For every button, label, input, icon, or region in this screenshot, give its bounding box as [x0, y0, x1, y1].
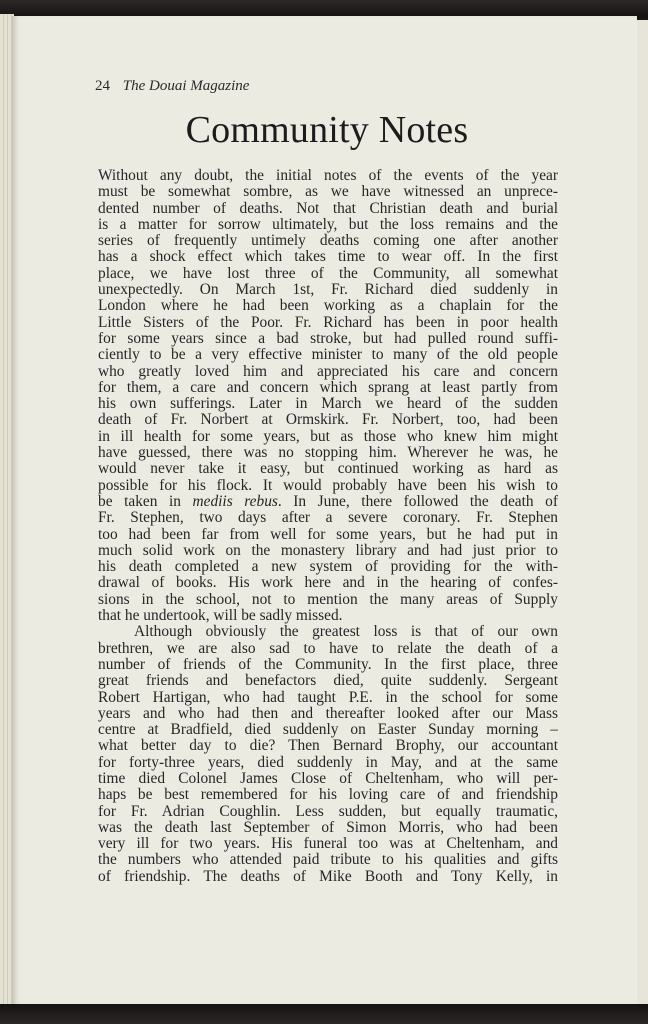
text-line: was the death last September of Simon Mo… — [98, 820, 558, 836]
text-line: of friendship. The deaths of Mike Booth … — [98, 869, 558, 885]
text-line: Without any doubt, the initial notes of … — [98, 168, 558, 184]
text-line: Little Sisters of the Poor. Fr. Richard … — [98, 315, 558, 331]
text-line-paragraph-end: that he undertook, will be sadly missed. — [98, 608, 558, 624]
text-line: ciently to be a very effective minister … — [98, 347, 558, 363]
text-line: for them, a care and concern which spran… — [98, 380, 558, 396]
text-line: the numbers who attended paid tribute to… — [98, 852, 558, 868]
text-segment: be taken in — [98, 493, 181, 510]
text-line: haps be best remembered for his loving c… — [98, 787, 558, 803]
text-line: what better day to die? Then Bernard Bro… — [98, 738, 558, 754]
text-line: possible for his flock. It would probabl… — [98, 478, 558, 494]
publication-title: The Douai Magazine — [123, 78, 250, 94]
running-head: 24 The Douai Magazine — [95, 78, 249, 95]
text-line: series of frequently untimely deaths com… — [98, 233, 558, 249]
text-line: too had been far from well for some year… — [98, 527, 558, 543]
text-line: place, we have lost three of the Communi… — [98, 266, 558, 282]
text-segment: . In June, there followed the death of — [278, 493, 558, 510]
text-line: number of friends of the Community. In t… — [98, 657, 558, 673]
text-line: time died Colonel James Close of Chelten… — [98, 771, 558, 787]
text-line: unexpectedly. On March 1st, Fr. Richard … — [98, 282, 558, 298]
text-line: brethren, we are also sad to have to rel… — [98, 641, 558, 657]
text-line: for some years since a bad stroke, but h… — [98, 331, 558, 347]
text-line: has a shock effect which takes time to w… — [98, 249, 558, 265]
text-line: who greatly loved him and appreciated hi… — [98, 364, 558, 380]
text-line: for Fr. Adrian Coughlin. Less sudden, bu… — [98, 804, 558, 820]
text-line-paragraph-start: Although obviously the greatest loss is … — [98, 624, 558, 640]
text-line: dented number of deaths. Not that Christ… — [98, 201, 558, 217]
text-line: must be somewhat sombre, as we have witn… — [98, 184, 558, 200]
article-body: Without any doubt, the initial notes of … — [98, 168, 558, 885]
text-line: Robert Hartigan, who had taught P.E. in … — [98, 690, 558, 706]
text-line: sions in the school, not to mention the … — [98, 592, 558, 608]
text-line: great friends and benefactors died, quit… — [98, 673, 558, 689]
text-line: Fr. Stephen, two days after a severe cor… — [98, 510, 558, 526]
text-line: would never take it easy, but continued … — [98, 461, 558, 477]
text-line: his own sufferings. Later in March we he… — [98, 396, 558, 412]
text-line: very ill for two years. His funeral too … — [98, 836, 558, 852]
text-line: years and who had then and thereafter lo… — [98, 706, 558, 722]
text-line: London where he had been working as a ch… — [98, 298, 558, 314]
text-line: centre at Bradfield, died suddenly on Ea… — [98, 722, 558, 738]
text-line: is a matter for sorrow ultimately, but t… — [98, 217, 558, 233]
text-line: for forty-three years, died suddenly in … — [98, 755, 558, 771]
text-line: have guessed, there was no stopping him.… — [98, 445, 558, 461]
article-title: Community Notes — [0, 108, 648, 152]
text-line-with-italic: be taken in mediis rebus. In June, there… — [98, 494, 558, 510]
text-line: his death completed a new system of prov… — [98, 559, 558, 575]
text-line: death of Fr. Norbert at Ormskirk. Fr. No… — [98, 412, 558, 428]
text-line: much solid work on the monastery library… — [98, 543, 558, 559]
page-number: 24 — [95, 78, 110, 94]
text-line: in ill health for some years, but as tho… — [98, 429, 558, 445]
italic-phrase: mediis rebus — [193, 493, 278, 510]
text-line: drawal of books. His work here and in th… — [98, 575, 558, 591]
book-cover-bottom-edge — [0, 1004, 648, 1024]
